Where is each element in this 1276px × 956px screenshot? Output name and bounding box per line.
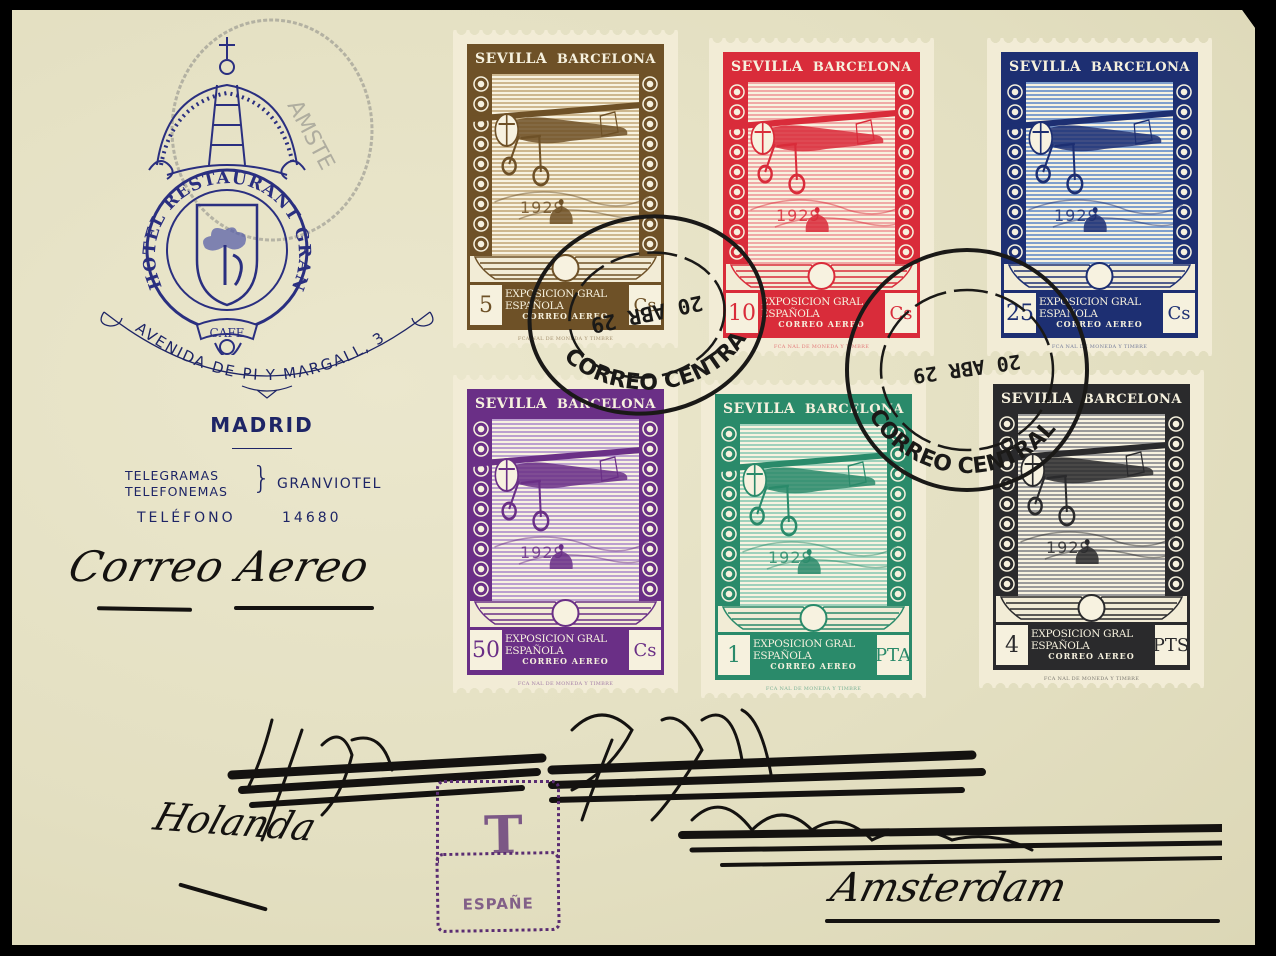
- stamp-value-bar: 10 EXPOSICION GRAL ESPAÑOLA CORREO AEREO…: [723, 290, 920, 336]
- correo-underline-1: [97, 606, 192, 612]
- handwritten-holanda: Holanda: [149, 794, 322, 849]
- stamp-unit: PTA: [874, 632, 912, 678]
- stamp-header: SEVILLA BARCELONA: [467, 389, 664, 419]
- svg-text:AVENIDA DE PI Y MARGALL, 3: AVENIDA DE PI Y MARGALL, 3: [132, 319, 389, 384]
- stamp-airplane-scene: 1929: [1026, 82, 1173, 264]
- handwritten-correo-aereo: Correo Aereo: [64, 542, 375, 591]
- stamp-year: 1929: [520, 198, 565, 217]
- stamp-inscription-line1: EXPOSICION GRAL ESPAÑOLA: [753, 639, 874, 662]
- stamp-inscription: EXPOSICION GRAL ESPAÑOLA CORREO AEREO: [1031, 622, 1152, 668]
- stamp-inscription: EXPOSICION GRAL ESPAÑOLA CORREO AEREO: [505, 627, 626, 673]
- stamp-inscription-line2: CORREO AEREO: [1056, 320, 1143, 329]
- letterhead-address: AVENIDA DE PI Y MARGALL, 3: [92, 290, 442, 410]
- stamp-airplane-scene: 1929: [1018, 414, 1165, 596]
- stamp-unit: PTS: [1152, 622, 1190, 668]
- telegram-label: TELEGRAMAS: [125, 468, 219, 483]
- stamp-year: 1929: [776, 206, 821, 225]
- tax-mark: T ESPAÑE: [435, 851, 560, 933]
- stamp-inscription: EXPOSICION GRAL ESPAÑOLA CORREO AEREO: [505, 282, 626, 328]
- airplane-icon: [462, 419, 649, 601]
- stamp-year: 1929: [1046, 538, 1091, 557]
- stamp-year: 1929: [1054, 206, 1099, 225]
- crossed-out-address: [222, 700, 1222, 880]
- stamp-inscription-line1: EXPOSICION GRAL ESPAÑOLA: [761, 297, 882, 320]
- stamp-inscription: EXPOSICION GRAL ESPAÑOLA CORREO AEREO: [753, 632, 874, 678]
- envelope: AMSTE: [12, 10, 1255, 945]
- stamp-imprint: FCA NAL DE MONEDA Y TIMBRE: [1019, 676, 1164, 682]
- stamp-imprint: FCA NAL DE MONEDA Y TIMBRE: [749, 344, 894, 350]
- stamp-inscription-line2: CORREO AEREO: [778, 320, 865, 329]
- airplane-icon: [988, 414, 1175, 596]
- brace-glyph: }: [252, 464, 271, 494]
- stamp-value: 5: [467, 282, 505, 328]
- stamp-value-bar: 4 EXPOSICION GRAL ESPAÑOLA CORREO AEREO …: [993, 622, 1190, 668]
- letterhead-city: MADRID: [162, 413, 362, 437]
- stamp-inscription-line1: EXPOSICION GRAL ESPAÑOLA: [1031, 629, 1152, 652]
- stamp-year: 1929: [768, 548, 813, 567]
- stamp-5c: SEVILLA BARCELONA 1929: [453, 30, 678, 348]
- stamp-inscription-line1: EXPOSICION GRAL ESPAÑOLA: [505, 289, 626, 312]
- airplane-icon: [710, 424, 897, 606]
- winged-crown-emblem-icon: [996, 592, 1187, 622]
- stamp-inscription-line2: CORREO AEREO: [522, 312, 609, 321]
- handwritten-amsterdam: Amsterdam: [826, 865, 1071, 911]
- stamp-value-bar: 25 EXPOSICION GRAL ESPAÑOLA CORREO AEREO…: [1001, 290, 1198, 336]
- stamp-value: 4: [993, 622, 1031, 668]
- stamp-value: 50: [467, 627, 505, 673]
- stamp-value: 1: [715, 632, 753, 678]
- phone-label: TELÉFONO: [137, 510, 236, 526]
- stamp-header: SEVILLA BARCELONA: [715, 394, 912, 424]
- stamp-value: 25: [1001, 290, 1039, 336]
- stamp-unit: Cs: [626, 282, 664, 328]
- stamp-1pta: SEVILLA BARCELONA 1929: [701, 380, 926, 698]
- winged-crown-emblem-icon: [718, 602, 909, 632]
- airplane-icon: [462, 74, 649, 256]
- stamp-unit: Cs: [882, 290, 920, 336]
- stamp-value: 10: [723, 290, 761, 336]
- stamp-value-bar: 5 EXPOSICION GRAL ESPAÑOLA CORREO AEREO …: [467, 282, 664, 328]
- stamp-city-right: BARCELONA: [813, 60, 912, 75]
- stamp-imprint: FCA NAL DE MONEDA Y TIMBRE: [741, 686, 886, 692]
- telephone-message-label: TELEFONEMAS: [125, 484, 228, 499]
- stamp-airplane-scene: 1929: [740, 424, 887, 606]
- stamp-10c: SEVILLA BARCELONA 1929: [709, 38, 934, 356]
- airplane-icon: [718, 82, 905, 264]
- stamp-value-bar: 50 EXPOSICION GRAL ESPAÑOLA CORREO AEREO…: [467, 627, 664, 673]
- stamp-city-right: BARCELONA: [1091, 60, 1190, 75]
- stamp-city-right: BARCELONA: [557, 397, 656, 412]
- stamp-city-left: SEVILLA: [475, 51, 547, 67]
- stamp-airplane-scene: 1929: [748, 82, 895, 264]
- airplane-icon: [996, 82, 1183, 264]
- stamp-airplane-scene: 1929: [492, 419, 639, 601]
- tax-mark-letter: T: [483, 805, 523, 867]
- stamp-value-bar: 1 EXPOSICION GRAL ESPAÑOLA CORREO AEREO …: [715, 632, 912, 678]
- stamp-city-left: SEVILLA: [475, 396, 547, 412]
- stamp-4pts: SEVILLA BARCELONA 1929: [979, 370, 1204, 688]
- stamp-airplane-scene: 1929: [492, 74, 639, 256]
- stamp-city-right: BARCELONA: [1083, 392, 1182, 407]
- stamp-inscription-line2: CORREO AEREO: [522, 657, 609, 666]
- winged-crown-emblem-icon: [470, 597, 661, 627]
- phone-number: 14680: [282, 510, 342, 526]
- stamp-25c: SEVILLA BARCELONA 1929: [987, 38, 1212, 356]
- stamp-imprint: FCA NAL DE MONEDA Y TIMBRE: [1027, 344, 1172, 350]
- telegram-code: GRANVIOTEL: [277, 476, 382, 492]
- stamp-header: SEVILLA BARCELONA: [993, 384, 1190, 414]
- stamp-city-left: SEVILLA: [1001, 391, 1073, 407]
- stamp-city-left: SEVILLA: [723, 401, 795, 417]
- winged-crown-emblem-icon: [726, 260, 917, 290]
- stamp-inscription-line2: CORREO AEREO: [770, 662, 857, 671]
- stamp-inscription-line2: CORREO AEREO: [1048, 652, 1135, 661]
- stamp-50c: SEVILLA BARCELONA 1929: [453, 375, 678, 693]
- stamp-unit: Cs: [626, 627, 664, 673]
- letterhead-divider: [232, 448, 292, 449]
- tax-mark-text: ESPAÑE: [439, 894, 557, 914]
- stamp-inscription: EXPOSICION GRAL ESPAÑOLA CORREO AEREO: [1039, 290, 1160, 336]
- stamp-header: SEVILLA BARCELONA: [723, 52, 920, 82]
- stamp-year: 1929: [520, 543, 565, 562]
- amsterdam-underline: [825, 919, 1220, 923]
- stamp-imprint: FCA NAL DE MONEDA Y TIMBRE: [493, 336, 638, 342]
- stamp-inscription-line1: EXPOSICION GRAL ESPAÑOLA: [505, 634, 626, 657]
- stamp-city-right: BARCELONA: [805, 402, 904, 417]
- stamp-city-left: SEVILLA: [731, 59, 803, 75]
- stamp-inscription-line1: EXPOSICION GRAL ESPAÑOLA: [1039, 297, 1160, 320]
- stamp-imprint: FCA NAL DE MONEDA Y TIMBRE: [493, 681, 638, 687]
- correo-underline-2: [234, 606, 374, 610]
- stamp-city-right: BARCELONA: [557, 52, 656, 67]
- stamp-inscription: EXPOSICION GRAL ESPAÑOLA CORREO AEREO: [761, 290, 882, 336]
- svg-text:HOTEL RESTAURANT GRAN VIA: HOTEL RESTAURANT GRAN VIA: [97, 25, 314, 302]
- winged-crown-emblem-icon: [470, 252, 661, 282]
- winged-crown-emblem-icon: [1004, 260, 1195, 290]
- stamp-header: SEVILLA BARCELONA: [1001, 52, 1198, 82]
- holanda-underline: [178, 882, 268, 911]
- stamp-header: SEVILLA BARCELONA: [467, 44, 664, 74]
- stamp-unit: Cs: [1160, 290, 1198, 336]
- stamp-city-left: SEVILLA: [1009, 59, 1081, 75]
